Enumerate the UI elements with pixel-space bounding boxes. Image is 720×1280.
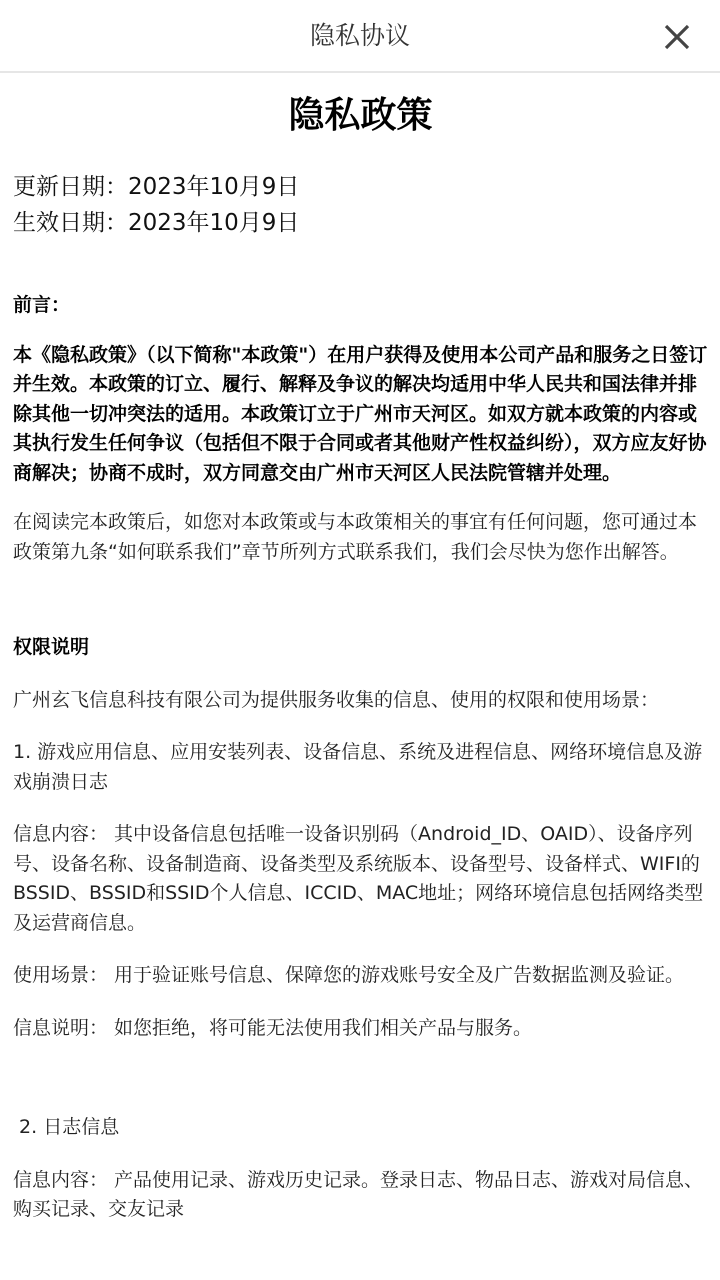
section-title: 2. 日志信息 — [13, 1113, 708, 1143]
close-icon — [662, 22, 692, 52]
section-content: 信息内容： 其中设备信息包括唯一设备识别码（Android_ID、OAID）、设… — [13, 820, 708, 938]
permissions-intro: 广州玄飞信息科技有限公司为提供服务收集的信息、使用的权限和使用场景： — [13, 686, 708, 716]
section-2: 2. 日志信息 信息内容： 产品使用记录、游戏历史记录。登录日志、物品日志、游戏… — [13, 1113, 708, 1225]
preface-body: 本《隐私政策》（以下简称"本政策"）在用户获得及使用本公司产品和服务之日签订并生… — [13, 341, 708, 489]
section-title: 1. 游戏应用信息、应用安装列表、设备信息、系统及进程信息、网络环境信息及游戏崩… — [13, 738, 708, 797]
section-note: 信息说明： 如您拒绝，将可能无法使用我们相关产品与服务。 — [13, 1014, 708, 1044]
section-content: 信息内容： 产品使用记录、游戏历史记录。登录日志、物品日志、游戏对局信息、购买记… — [13, 1166, 708, 1225]
permissions-heading: 权限说明 — [13, 633, 708, 663]
page-title: 隐私协议 — [0, 18, 720, 54]
dates-block: 更新日期：2023年10月9日 生效日期：2023年10月9日 — [13, 169, 708, 241]
effective-date: 生效日期：2023年10月9日 — [13, 205, 708, 241]
top-bar: 隐私协议 — [0, 0, 720, 73]
update-date: 更新日期：2023年10月9日 — [13, 169, 708, 205]
section-1: 1. 游戏应用信息、应用安装列表、设备信息、系统及进程信息、网络环境信息及游戏崩… — [13, 738, 708, 1043]
preface-heading: 前言： — [13, 291, 708, 321]
document-title: 隐私政策 — [13, 93, 708, 139]
section-usage: 使用场景： 用于验证账号信息、保障您的游戏账号安全及广告数据监测及验证。 — [13, 961, 708, 991]
contact-note: 在阅读完本政策后，如您对本政策或与本政策相关的事宜有任何问题，您可通过本政策第九… — [13, 508, 708, 567]
close-button[interactable] — [662, 22, 692, 52]
policy-scroll-area[interactable]: 隐私政策 更新日期：2023年10月9日 生效日期：2023年10月9日 前言：… — [0, 75, 720, 1225]
